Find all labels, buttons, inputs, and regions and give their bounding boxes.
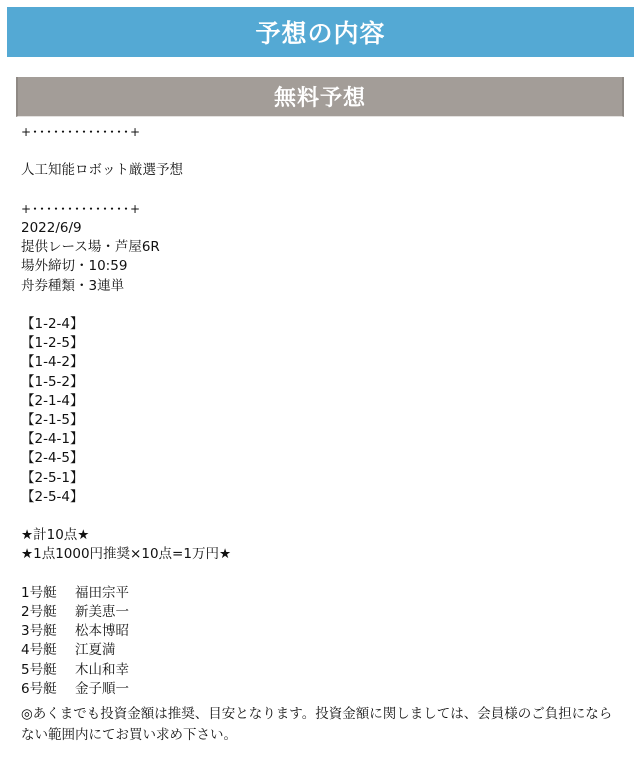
race-date: 2022/6/9: [21, 219, 621, 238]
spacer: [21, 507, 621, 526]
race-venue: 提供レース場・芦屋6R: [21, 238, 621, 257]
spacer: [21, 296, 621, 315]
combination-item: 【2-4-1】: [21, 430, 621, 449]
racer-row: 3号艇 松本博昭: [21, 622, 621, 641]
racer-row: 2号艇 新美恵一: [21, 603, 621, 622]
boat-number: 6号艇: [21, 680, 75, 699]
investment-note: ◎あくまでも投資金額は推奨、目安となります。投資金額に関しましては、会員様のご負…: [21, 704, 621, 746]
boat-number: 3号艇: [21, 622, 75, 641]
page-title: 予想の内容: [255, 14, 385, 50]
spacer: [21, 565, 621, 584]
combination-item: 【1-4-2】: [21, 353, 621, 372]
racer-list: 1号艇 福田宗平 2号艇 新美恵一 3号艇 松本博昭 4号艇 江夏満 5号艇 木…: [21, 584, 621, 699]
prediction-content: +･･････････････+ 人工知能ロボット厳選予想 +･････････…: [21, 123, 621, 760]
spacer: [21, 181, 621, 200]
racer-name: 江夏満: [75, 641, 116, 660]
section-title-bar: 無料予想: [16, 77, 624, 117]
racer-name: 木山和幸: [75, 661, 129, 680]
boat-number: 2号艇: [21, 603, 75, 622]
racer-row: 5号艇 木山和幸: [21, 661, 621, 680]
boat-number: 1号艇: [21, 584, 75, 603]
combination-item: 【1-2-5】: [21, 334, 621, 353]
race-deadline: 場外締切・10:59: [21, 257, 621, 276]
divider-bottom: +･･････････････+: [21, 200, 621, 219]
racer-name: 金子順一: [75, 680, 129, 699]
racer-name: 新美恵一: [75, 603, 129, 622]
boat-number: 5号艇: [21, 661, 75, 680]
plan-name: 人工知能ロボット厳選予想: [21, 161, 621, 180]
combination-item: 【1-2-4】: [21, 315, 621, 334]
boat-number: 4号艇: [21, 641, 75, 660]
combination-item: 【2-1-5】: [21, 411, 621, 430]
spacer: [21, 142, 621, 161]
ticket-type: 舟券種類・3連単: [21, 277, 621, 296]
racer-name: 松本博昭: [75, 622, 129, 641]
combination-item: 【2-5-1】: [21, 469, 621, 488]
section-title: 無料予想: [274, 81, 366, 112]
total-points: ★計10点★: [21, 526, 621, 545]
racer-name: 福田宗平: [75, 584, 129, 603]
racer-row: 6号艇 金子順一: [21, 680, 621, 699]
combination-item: 【2-5-4】: [21, 488, 621, 507]
combination-list: 【1-2-4】 【1-2-5】 【1-4-2】 【1-5-2】 【2-1-4】 …: [21, 315, 621, 507]
racer-row: 4号艇 江夏満: [21, 641, 621, 660]
recommended-stake: ★1点1000円推奨×10点=1万円★: [21, 545, 621, 564]
combination-item: 【2-1-4】: [21, 392, 621, 411]
combination-item: 【2-4-5】: [21, 449, 621, 468]
page-title-bar: 予想の内容: [7, 7, 634, 57]
divider-top: +･･････････････+: [21, 123, 621, 142]
racer-row: 1号艇 福田宗平: [21, 584, 621, 603]
combination-item: 【1-5-2】: [21, 373, 621, 392]
